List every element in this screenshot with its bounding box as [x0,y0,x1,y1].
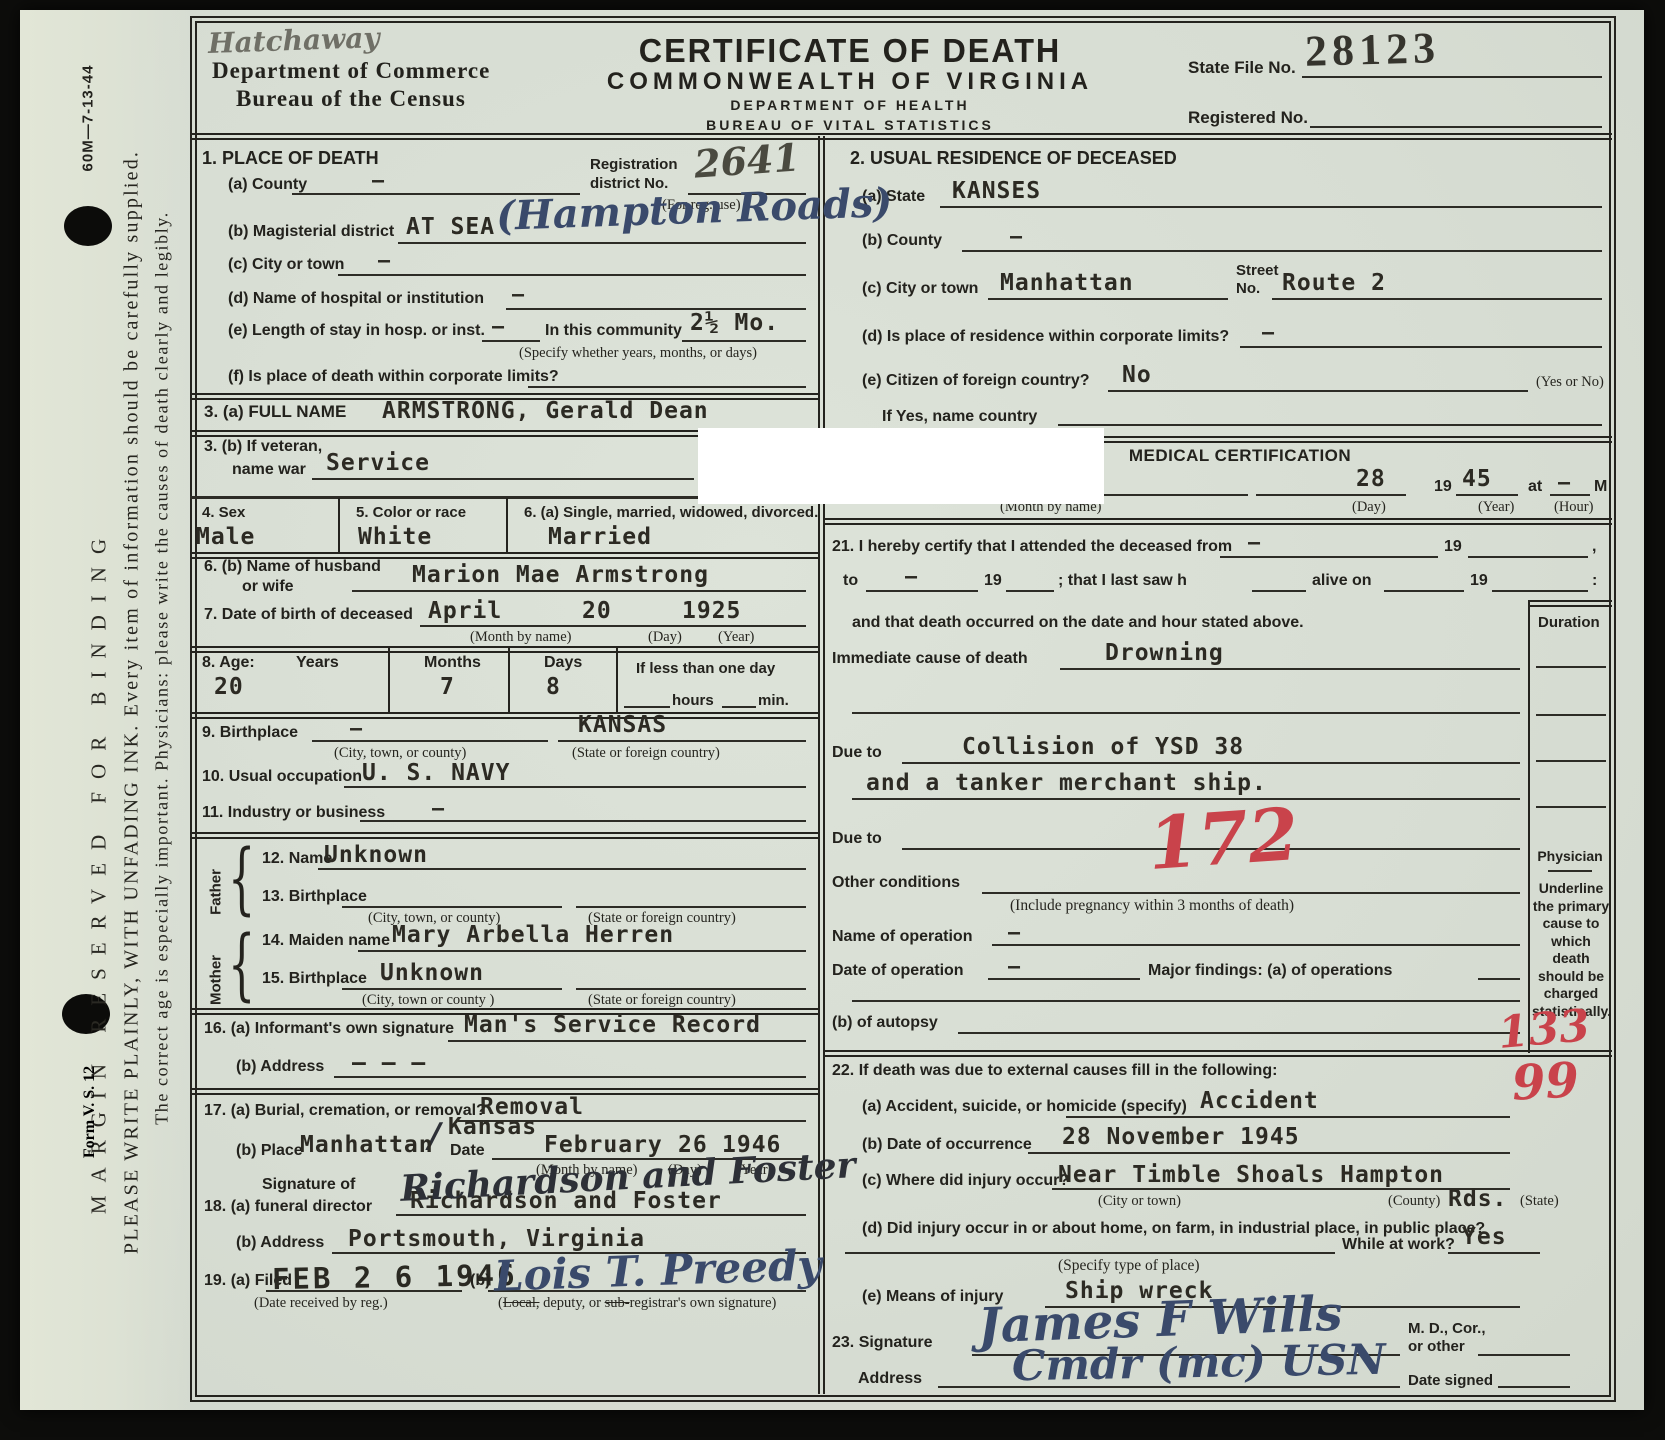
field-10-value: U. S. NAVY [362,760,510,786]
field-21-year3-underline [1492,590,1588,592]
physician-divider [1548,870,1592,872]
field-23-label: 23. Signature [832,1334,932,1352]
redaction-box [698,428,1104,504]
field-6b-label2: or wife [242,578,294,596]
header-divider [190,133,1612,140]
field-3a-label: 3. (a) FULL NAME [204,402,346,422]
field-6b-label1: 6. (b) Name of husband [204,558,381,576]
field-22c-cap-state: (State) [1520,1193,1559,1210]
red-code-99: 99 [1511,1052,1581,1111]
field-22b-value: 28 November 1945 [1062,1124,1300,1150]
field-7-day: 20 [582,598,612,624]
field-15-cap2: (State or foreign country) [588,992,736,1009]
other-conditions-underline [982,892,1520,894]
field-21-year2: 19 [984,572,1002,590]
field-6b-underline [352,590,806,592]
dept-commerce: Department of Commerce [212,58,490,84]
field-7-month: April [428,598,502,624]
field-1f-label: (f) Is place of death within corporate l… [228,368,559,386]
while-at-work-label: While at work? [1342,1236,1455,1254]
commonwealth-subtitle: COMMONWEALTH OF VIRGINIA [600,68,1100,96]
field-6b-value: Marion Mae Armstrong [412,562,709,588]
field-2d-label: (d) Is place of residence within corpora… [862,328,1229,346]
field-19a-caption: (Date received by reg.) [254,1295,388,1312]
field-12-value: Unknown [324,842,428,868]
major-findings-underline [1478,978,1520,980]
registered-no-label: Registered No. [1188,108,1308,128]
field-1c-label: (c) City or town [228,256,344,274]
registration-district-value: 2641 [693,134,802,186]
state-file-label: State File No. [1188,58,1296,78]
rule-8-9 [190,712,820,719]
field-5-value: White [358,524,432,550]
field-3a-value: ARMSTRONG, Gerald Dean [382,398,709,424]
field-1c-value: – [378,248,390,272]
scanned-death-certificate: 60M—7-13-44 MARGIN RESERVED FOR BINDING … [0,0,1665,1440]
field-15-label: 15. Birthplace [262,970,367,988]
field-20-underline2 [1256,494,1406,496]
field-21-year2-underline [1006,590,1054,592]
duration-box-left-border [1528,600,1530,1053]
cause-blank-line [852,712,1520,714]
due-to-1-value2: and a tanker merchant ship. [866,770,1267,796]
field-23-address-label: Address [858,1370,922,1388]
field-21-alive-underline [1384,590,1464,592]
md-cor-label2: or other [1408,1338,1465,1355]
mother-brace: { [228,926,255,1004]
field-21-occurred: and that death occurred on the date and … [852,614,1304,632]
physician-title: Physician [1530,848,1610,864]
divider-days-lessthan [616,648,618,712]
duration-line-2 [1536,714,1606,716]
operation-name-underline [992,944,1520,946]
divider-months-days [508,648,510,712]
field-15-cap1: (City, town or county ) [362,992,494,1009]
field-20-year: 45 [1462,466,1492,492]
date-signed-label: Date signed [1408,1372,1493,1389]
field-1b-value: AT SEA [406,214,495,240]
registered-no-underline [1310,126,1602,128]
field-16b-value: – – – [352,1050,426,1076]
field-20-underline4 [1550,494,1590,496]
field-22b-label: (b) Date of occurrence [862,1136,1032,1154]
field-13-underline1 [342,906,562,908]
field-7-label: 7. Date of birth of deceased [204,606,413,624]
field-20-day: 28 [1356,466,1386,492]
field-21-year3: 19 [1470,572,1488,590]
field-8-min-label: min. [758,692,789,709]
field-6a-value: Married [548,524,652,550]
field-2a-underline [940,206,1602,208]
field-10-underline [344,786,806,788]
field-3b-label1: 3. (b) If veteran, [204,438,322,456]
field-22d-caption: (Specify type of place) [1058,1257,1200,1275]
field-4-value: Male [196,524,255,550]
field-17b-label: (b) Place [236,1142,303,1160]
field-8-lessthan-label: If less than one day [636,660,775,677]
field-19b-label: (b) [470,1272,490,1290]
field-1d-label: (d) Name of hospital or institution [228,290,484,308]
field-16a-value: Man's Service Record [464,1012,761,1038]
field-8-days-header: Days [544,654,582,672]
field-20-cap-day: (Day) [1352,499,1386,516]
field-2c-value: Manhattan [1000,270,1134,296]
field-7-underline [420,625,806,627]
section22-title: 22. If death was due to external causes … [832,1062,1277,1080]
field-8-label: 8. Age: [202,654,255,672]
while-at-work-value: Yes [1462,1224,1507,1250]
field-20-cap-hour: (Hour) [1554,499,1593,516]
field-14-underline [358,950,806,952]
field-20-cap-year: (Year) [1478,499,1514,516]
field-21-line1-label: 21. I hereby certify that I attended the… [832,538,1232,556]
field-17b-overvalue: Kansas [448,1114,537,1140]
field-2e-underline [1108,390,1528,392]
field-21-colon: : [1592,572,1597,590]
other-conditions-caption: (Include pregnancy within 3 months of de… [1010,897,1294,915]
field-9-value1: – [350,716,362,740]
field-1e-label: (e) Length of stay in hosp. or inst. [228,322,485,340]
md-cor-label1: M. D., Cor., [1408,1320,1486,1337]
rule-11-12 [190,832,820,839]
field-17b-value: Manhattan [300,1132,434,1158]
field-22a-label: (a) Accident, suicide, or homicide (spec… [862,1098,1187,1116]
dept-health: DEPARTMENT OF HEALTH [650,97,1050,113]
divider-4-5 [338,498,340,552]
duration-line-1 [1536,666,1606,668]
field-22d-underline [845,1252,1335,1254]
field-8-years-header: Years [296,654,339,672]
field-9-cap2: (State or foreign country) [572,745,720,762]
field-2b-value: – [1010,224,1022,248]
field-20-hour-value: – [1558,470,1570,494]
immediate-cause-underline [1060,668,1520,670]
field-22c-underline [1052,1188,1510,1190]
field-21-year1: 19 [1444,538,1462,556]
field-6a-label: 6. (a) Single, married, widowed, divorce… [524,504,818,521]
field-8-hours-label: hours [672,692,714,709]
medical-certification-title: MEDICAL CERTIFICATION [1050,446,1430,466]
state-file-underline [1302,76,1602,78]
field-14-label: 14. Maiden name [262,932,390,950]
autopsy-underline [958,1032,1520,1034]
field-12-underline [318,868,806,870]
field-9-underline1 [312,740,548,742]
field-11-value: – [432,796,444,820]
street-label2: No. [1236,280,1260,297]
field-18a-label: 18. (a) funeral director [204,1198,372,1216]
rule-20-21 [825,518,1612,525]
field-21-to-value: – [905,564,917,588]
section1-title: 1. PLACE OF DEATH [202,148,379,169]
street-label1: Street [1236,262,1279,279]
field-4-label: 4. Sex [202,504,245,521]
rule-7-8 [190,646,820,653]
field-3b-value: Service [326,450,430,476]
field-2e-label: (e) Citizen of foreign country? [862,372,1090,390]
field-1a-value: – [372,168,384,192]
duration-box-top [1528,600,1612,607]
field-21-saw: ; that I last saw h [1058,572,1187,590]
field-20-underline3 [1456,494,1518,496]
field-17a-label: 17. (a) Burial, cremation, or removal? [204,1102,486,1120]
rule-21-22 [825,1050,1612,1057]
red-code-172: 172 [1145,791,1301,886]
field-21-year1-underline [1468,556,1588,558]
field-22a-value: Accident [1200,1088,1319,1114]
field-21-to-underline [866,590,978,592]
other-conditions-label: Other conditions [832,874,960,892]
field-22a-underline [1066,1116,1510,1118]
field-22c-value2: Rds. [1448,1186,1507,1212]
field-15-underline1 [342,988,562,990]
field-8-months-value: 7 [440,674,455,700]
field-8-months-header: Months [424,654,481,672]
field-7-cap-year: (Year) [718,629,754,646]
registration-district-label1: Registration [590,156,678,173]
immediate-cause-label: Immediate cause of death [832,650,1028,668]
field-8-min-underline [722,706,756,708]
field-9-label: 9. Birthplace [202,724,298,742]
field-2f-label: If Yes, name country [882,408,1037,426]
father-brace: { [228,840,255,918]
field-21-comma: , [1592,538,1596,556]
field-21-line1-underline [1220,556,1438,558]
field-22b-underline [1028,1152,1510,1154]
field-20-at-label: at [1528,478,1542,496]
field-14-value: Mary Arbella Herren [392,922,674,948]
field-22c-label: (c) Where did injury occur? [862,1172,1069,1190]
certificate-title: CERTIFICATE OF DEATH [625,32,1076,70]
field-13-underline2 [576,906,806,908]
field-7-cap-month: (Month by name) [470,629,571,646]
field-1a-label: (a) County [228,176,307,194]
field-2b-label: (b) County [862,232,942,250]
bureau-vital-statistics: BUREAU OF VITAL STATISTICS [650,117,1050,133]
field-1e-underline2 [682,340,806,342]
field-5-label: 5. Color or race [356,504,466,521]
field-16b-underline [334,1076,806,1078]
field-11-label: 11. Industry or business [202,804,385,822]
field-8-years-value: 20 [214,674,244,700]
column-divider [818,136,825,1394]
field-7-year: 1925 [682,598,741,624]
duration-label: Duration [1538,614,1600,631]
field-1e-underline1 [482,340,540,342]
due-to-2-label: Due to [832,830,882,848]
field-16a-label: 16. (a) Informant's own signature [204,1020,454,1038]
cap-strike-sub: sub- [605,1295,630,1311]
field-1e-caption: (Specify whether years, months, or days) [470,345,806,362]
field-12-label: 12. Name [262,850,332,868]
field-22c-cap-county: (County) [1388,1193,1440,1210]
field-2c-underline2 [1272,298,1602,300]
field-10-label: 10. Usual occupation [202,768,362,786]
field-15-underline2 [576,988,806,990]
field-2e-caption: (Yes or No) [1536,374,1604,391]
pencil-annotation: Hatchaway [207,21,380,60]
divider-5-6 [506,498,508,552]
field-1e-value1: – [492,314,504,338]
field-22c-cap-city: (City or town) [1098,1193,1181,1210]
physician-note: Underline the primary cause to which dea… [1532,880,1610,1020]
field-1f-underline [528,386,806,388]
cap-end: registrar's own signature) [630,1295,777,1311]
field-9-underline2 [558,740,806,742]
field-2c-underline1 [988,298,1228,300]
field-21-line1-value: – [1248,530,1260,554]
field-15-value: Unknown [380,960,484,986]
duration-line-3 [1536,760,1606,762]
field-8-hours-underline [624,706,670,708]
field-1b-underline [398,242,806,244]
field-21-alive: alive on [1312,572,1372,590]
street-value: Route 2 [1282,270,1386,296]
field-18-sig-label: Signature of [262,1176,355,1194]
field-18a-underline [396,1214,806,1216]
field-3b-underline [312,478,694,480]
field-2c-label: (c) City or town [862,280,978,298]
field-19a-underline [266,1290,462,1292]
field-3b-label2: name war [232,461,306,479]
field-16a-underline [448,1040,806,1042]
field-2f-underline [1058,424,1602,426]
while-at-work-underline [1448,1252,1540,1254]
operation-date-label: Date of operation [832,962,964,980]
field-16b-label: (b) Address [236,1058,324,1076]
field-17-date-label: Date [450,1142,485,1160]
field-20-m-label: M [1594,478,1607,496]
field-23-address-script: Cmdr (mc) USN [1012,1335,1387,1391]
field-2e-value: No [1122,362,1152,388]
date-signed-underline [1498,1386,1570,1388]
field-2a-value: KANSES [952,178,1041,204]
operation-name-label: Name of operation [832,928,972,946]
field-2d-value: – [1262,320,1274,344]
field-21-h-underline [1252,590,1306,592]
field-18b-label: (b) Address [236,1234,324,1252]
field-1d-value: – [512,282,524,306]
field-9-value2: KANSAS [578,712,667,738]
findings-blank-line [852,1000,1520,1002]
red-code-133: 133 [1496,1000,1592,1059]
field-7-cap-day: (Day) [648,629,682,646]
major-findings-label: Major findings: (a) of operations [1148,962,1392,980]
field-13-label: 13. Birthplace [262,888,367,906]
field-21-to-label: to [843,572,858,590]
section2-title: 2. USUAL RESIDENCE OF DECEASED [850,148,1177,169]
field-1e-value2: 2½ Mo. [690,310,779,336]
field-2d-underline [1240,346,1602,348]
immediate-cause-value: Drowning [1105,640,1224,666]
field-1c-underline [338,274,806,276]
punch-hole-top [64,206,112,246]
field-8-days-value: 8 [546,674,561,700]
field-1b-label: (b) Magisterial district [228,223,394,241]
operation-name-value: – [1008,920,1020,944]
operation-date-underline [988,978,1140,980]
md-cor-underline [1478,1354,1570,1356]
operation-date-value: – [1008,954,1020,978]
field-11-underline [360,820,806,822]
field-2b-underline [962,250,1602,252]
state-file-number: 28123 [1304,22,1440,77]
duration-line-4 [1536,806,1606,808]
due-to-1-value1: Collision of YSD 38 [962,734,1244,760]
divider-years-months [388,648,390,712]
autopsy-label: (b) of autopsy [832,1014,938,1032]
bureau-census: Bureau of the Census [236,86,466,112]
due-to-1-underline [902,762,1520,764]
field-1e-mid-label: In this community [545,322,682,340]
field-20-preyear: 19 [1434,478,1452,496]
due-to-1-label: Due to [832,744,882,762]
field-22c-value: Near Timble Shoals Hampton [1058,1162,1444,1188]
